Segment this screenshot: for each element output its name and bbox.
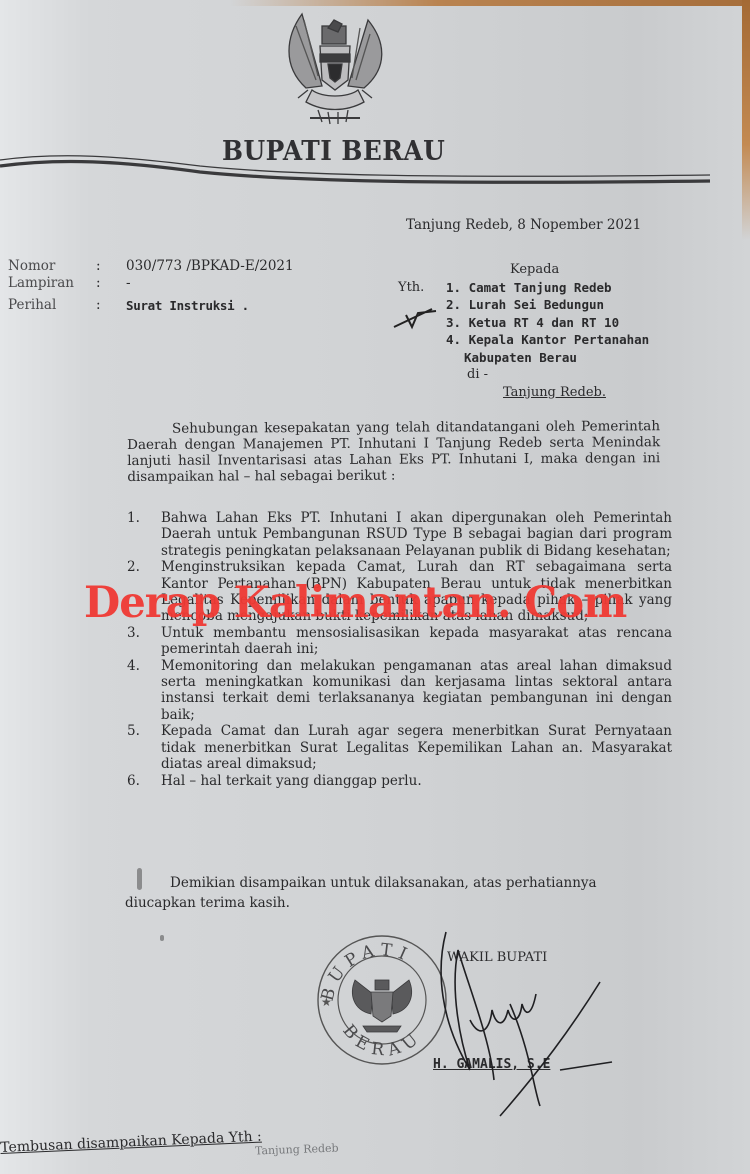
letter-meta: Nomor : 030/773 /BPKAD-E/2021 Lampiran :… [8,258,294,314]
recipient-city: Tanjung Redeb. [503,384,649,402]
item-text: Memonitoring dan melakukan pengamanan at… [161,658,672,724]
table-edge [742,0,750,240]
meta-row-nomor: Nomor : 030/773 /BPKAD-E/2021 [8,258,294,275]
instruction-item: 5. Kepada Camat dan Lurah agar segera me… [127,723,672,772]
meta-row-perihal: Perihal : Surat Instruksi . [8,297,294,314]
item-number: 4. [127,658,161,724]
handwritten-check-icon [392,305,440,331]
cc-label: Tembusan disampaikan Kepada Yth : [0,1129,262,1156]
closing-line-2: diucapkan terima kasih. [125,893,675,913]
meta-row-lampiran: Lampiran : - [8,275,294,292]
letter-date: Tanjung Redeb, 8 Nopember 2021 [406,217,641,233]
letter-intro: Sehubungan kesepakatan yang telah ditand… [127,418,660,485]
watermark: Derap Kalimantan. Com [84,578,626,628]
item-number: 3. [127,625,161,658]
kepada-label: Kepada [510,261,649,279]
letterhead-rule [0,148,750,193]
svg-text:★: ★ [321,995,332,1009]
instruction-item: 4. Memonitoring dan melakukan pengamanan… [127,658,672,724]
meta-value-lampiran: - [126,275,131,292]
ink-smudge [137,868,142,890]
closing-line-1: Demikian disampaikan untuk dilaksanakan,… [125,873,675,893]
meta-value-nomor: 030/773 /BPKAD-E/2021 [126,258,294,275]
recipient-item: 2. Lurah Sei Bedungun [446,296,649,314]
recipient-item: 4. Kepala Kantor Pertanahan [446,331,649,349]
recipient-list: 1. Camat Tanjung Redeb 2. Lurah Sei Bedu… [446,279,649,367]
item-text: Kepada Camat dan Lurah agar segera mener… [161,723,672,772]
recipient-item: 1. Camat Tanjung Redeb [446,279,649,297]
item-text: Untuk membantu mensosialisasikan kepada … [161,625,672,658]
meta-colon: : [96,297,126,314]
meta-value-perihal: Surat Instruksi . [126,297,249,314]
instruction-item: 1. Bahwa Lahan Eks PT. Inhutani I akan d… [127,510,672,559]
garuda-emblem-icon [272,6,398,134]
cc-faint-line: Tanjung Redeb [255,1142,339,1158]
item-text: Bahwa Lahan Eks PT. Inhutani I akan dipe… [161,510,672,559]
instruction-item: 3. Untuk membantu mensosialisasikan kepa… [127,625,672,658]
recipient-item: 3. Ketua RT 4 dan RT 10 [446,314,649,332]
meta-label: Lampiran [8,275,96,292]
item-number: 6. [127,773,161,789]
meta-label: Nomor [8,258,96,275]
intro-paragraph: Sehubungan kesepakatan yang telah ditand… [127,418,660,485]
item-text: Hal – hal terkait yang dianggap perlu. [161,773,672,789]
item-number: 1. [127,510,161,559]
item-number: 5. [127,723,161,772]
recipient-item: Kabupaten Berau [446,349,649,367]
meta-label: Perihal [8,297,96,314]
closing-paragraph: Demikian disampaikan untuk dilaksanakan,… [125,873,675,913]
ink-dot [160,935,164,941]
di-label: di - [467,366,649,384]
handwritten-signature-icon [430,930,630,1120]
instruction-list: 1. Bahwa Lahan Eks PT. Inhutani I akan d… [127,510,672,789]
meta-colon: : [96,275,126,292]
yth-label: Yth. [398,279,424,297]
instruction-item: 6. Hal – hal terkait yang dianggap perlu… [127,773,672,789]
recipients-block: Kepada Yth. 1. Camat Tanjung Redeb 2. Lu… [398,261,649,401]
meta-colon: : [96,258,126,275]
